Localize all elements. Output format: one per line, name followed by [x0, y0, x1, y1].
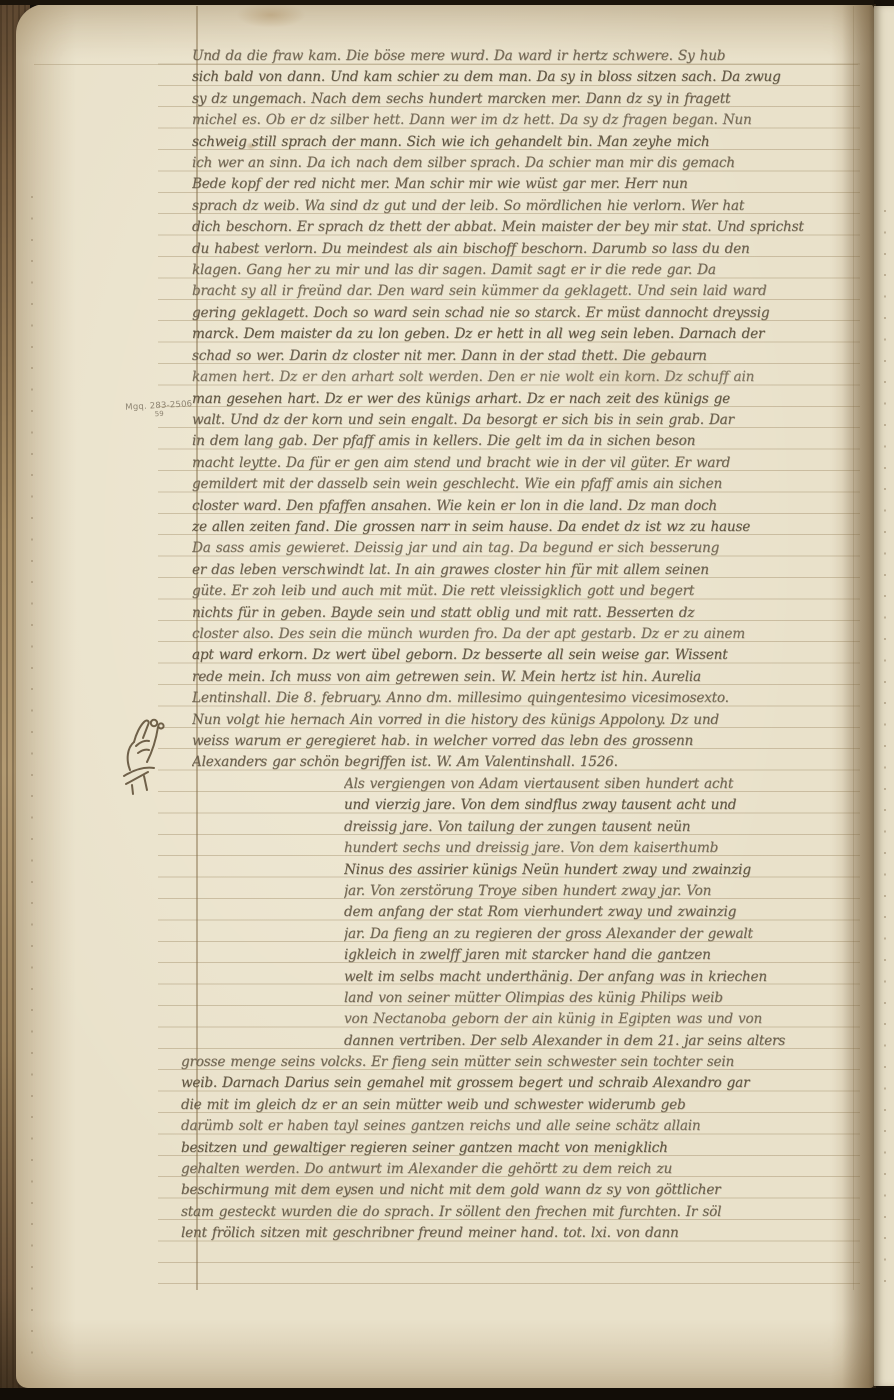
manuscript-line: sprach dz weib. Wa sind dz gut und der l… — [192, 196, 860, 217]
manuscript-line: Als vergiengen von Adam viertausent sibe… — [344, 774, 868, 795]
manuscript-line: gering geklagett. Doch so ward sein scha… — [192, 303, 860, 324]
manuscript-line: dem anfang der stat Rom vierhundert zway… — [344, 902, 868, 923]
manuscript-line: gehalten werden. Do antwurt im Alexander… — [181, 1159, 868, 1180]
scan-background-top — [0, 0, 874, 5]
manuscript-line: man gesehen hart. Dz er wer des künigs a… — [192, 389, 860, 410]
manuscript-line: nichts für in geben. Bayde sein und stat… — [192, 603, 860, 624]
manuscript-line: gemildert mit der dasselb sein wein gesc… — [192, 474, 860, 495]
text-block-top: Und da die fraw kam. Die böse mere wurd.… — [192, 46, 860, 776]
manuscript-line: dreissig jare. Von tailung der zungen ta… — [344, 817, 868, 838]
manuscript-line: bracht sy all ir freünd dar. Den ward se… — [192, 281, 860, 302]
manuscript-line: dannen vertriben. Der selb Alexander in … — [344, 1031, 868, 1052]
manuscript-line: jar. Von zerstörung Troye siben hundert … — [344, 881, 868, 902]
manuscript-line: darümb solt er haben tayl seines gantzen… — [181, 1116, 868, 1137]
manuscript-line: closter also. Des sein die münch wurden … — [192, 624, 860, 645]
manuscript-line: güte. Er zoh leib und auch mit müt. Die … — [192, 581, 860, 602]
manuscript-line: marck. Dem maister da zu lon geben. Dz e… — [192, 324, 860, 345]
manuscript-line: schweig still sprach der mann. Sich wie … — [192, 132, 860, 153]
manuscript-line: stam gesteckt wurden die do sprach. Ir s… — [181, 1202, 868, 1223]
manuscript-line: grosse menge seins volcks. Er fieng sein… — [181, 1052, 868, 1073]
gutter-shadow — [842, 4, 876, 1388]
manuscript-line: du habest verlorn. Du meindest als ain b… — [192, 239, 860, 260]
manuscript-line: Ninus des assirier künigs Neün hundert z… — [344, 860, 868, 881]
manuscript-line: kamen hert. Dz er den arhart solt werden… — [192, 367, 860, 388]
manuscript-line: dich beschorn. Er sprach dz thett der ab… — [192, 217, 860, 238]
manuscript-line: land von seiner mütter Olimpias des küni… — [344, 988, 868, 1009]
manuscript-line: besitzen und gewaltiger regieren seiner … — [181, 1138, 868, 1159]
manuscript-line: von Nectanoba geborn der ain künig in Eg… — [344, 1009, 868, 1030]
manuscript-line: die mit im gleich dz er an sein mütter w… — [181, 1095, 868, 1116]
manuscript-line: walt. Und dz der korn und sein engalt. D… — [192, 410, 860, 431]
manicule-pointing-hand-icon — [114, 712, 176, 796]
manuscript-line: klagen. Gang her zu mir und las dir sage… — [192, 260, 860, 281]
manuscript-line: closter ward. Den pfaffen ansahen. Wie k… — [192, 496, 860, 517]
manuscript-line — [181, 1245, 868, 1266]
manuscript-line: lent frölich sitzen mit geschribner freu… — [181, 1223, 868, 1244]
manuscript-line: Nun volgt hie hernach Ain vorred in die … — [192, 710, 860, 731]
manuscript-line: und vierzig jare. Von dem sindflus zway … — [344, 795, 868, 816]
manuscript-line: ich wer an sinn. Da ich nach dem silber … — [192, 153, 860, 174]
manuscript-line: sy dz ungemach. Nach dem sechs hundert m… — [192, 89, 860, 110]
manuscript-line: Lentinshall. Die 8. february. Anno dm. m… — [192, 688, 860, 709]
manuscript-scan: Mgq. 283-2506 59 Und da die fraw kam. Di… — [0, 0, 894, 1400]
manuscript-line: weiss warum er geregieret hab. in welche… — [192, 731, 860, 752]
manuscript-line: Alexanders gar schön begriffen ist. W. A… — [192, 752, 860, 773]
manuscript-line: hundert sechs und dreissig jare. Von dem… — [344, 838, 868, 859]
manuscript-line: Da sass amis gewieret. Deissig jar und a… — [192, 538, 860, 559]
manuscript-line: apt ward erkorn. Dz wert übel geborn. Dz… — [192, 645, 860, 666]
manuscript-line: Und da die fraw kam. Die böse mere wurd.… — [192, 46, 860, 67]
scan-background-bottom — [0, 1388, 894, 1400]
manuscript-line: schad so wer. Darin dz closter nit mer. … — [192, 346, 860, 367]
pricking-dots — [31, 196, 33, 1356]
manuscript-line: michel es. Ob er dz silber hett. Dann we… — [192, 110, 860, 131]
text-block-bottom: grosse menge seins volcks. Er fieng sein… — [181, 1052, 868, 1268]
manuscript-line: sich bald von dann. Und kam schier zu de… — [192, 67, 860, 88]
manuscript-line: weib. Darnach Darius sein gemahel mit gr… — [181, 1073, 868, 1094]
text-block-middle-indented: Als vergiengen von Adam viertausent sibe… — [344, 774, 868, 1054]
manuscript-line: er das leben verschwindt lat. In ain gra… — [192, 560, 860, 581]
manuscript-line: welt im selbs macht underthänig. Der anf… — [344, 967, 868, 988]
manuscript-line: igkleich in zwelff jaren mit starcker ha… — [344, 945, 868, 966]
manuscript-line: in dem lang gab. Der pfaff amis in kelle… — [192, 431, 860, 452]
manuscript-line: beschirmung mit dem eysen und nicht mit … — [181, 1180, 868, 1201]
manuscript-line: rede mein. Ich muss von aim getrewen sei… — [192, 667, 860, 688]
facing-page-pricking-dots — [884, 210, 886, 1290]
manuscript-line: ze allen zeiten fand. Die grossen narr i… — [192, 517, 860, 538]
manuscript-line: Bede kopf der red nicht mer. Man schir m… — [192, 174, 860, 195]
manuscript-line: macht leytte. Da für er gen aim stend un… — [192, 453, 860, 474]
manuscript-line: jar. Da fieng an zu regieren der gross A… — [344, 924, 868, 945]
